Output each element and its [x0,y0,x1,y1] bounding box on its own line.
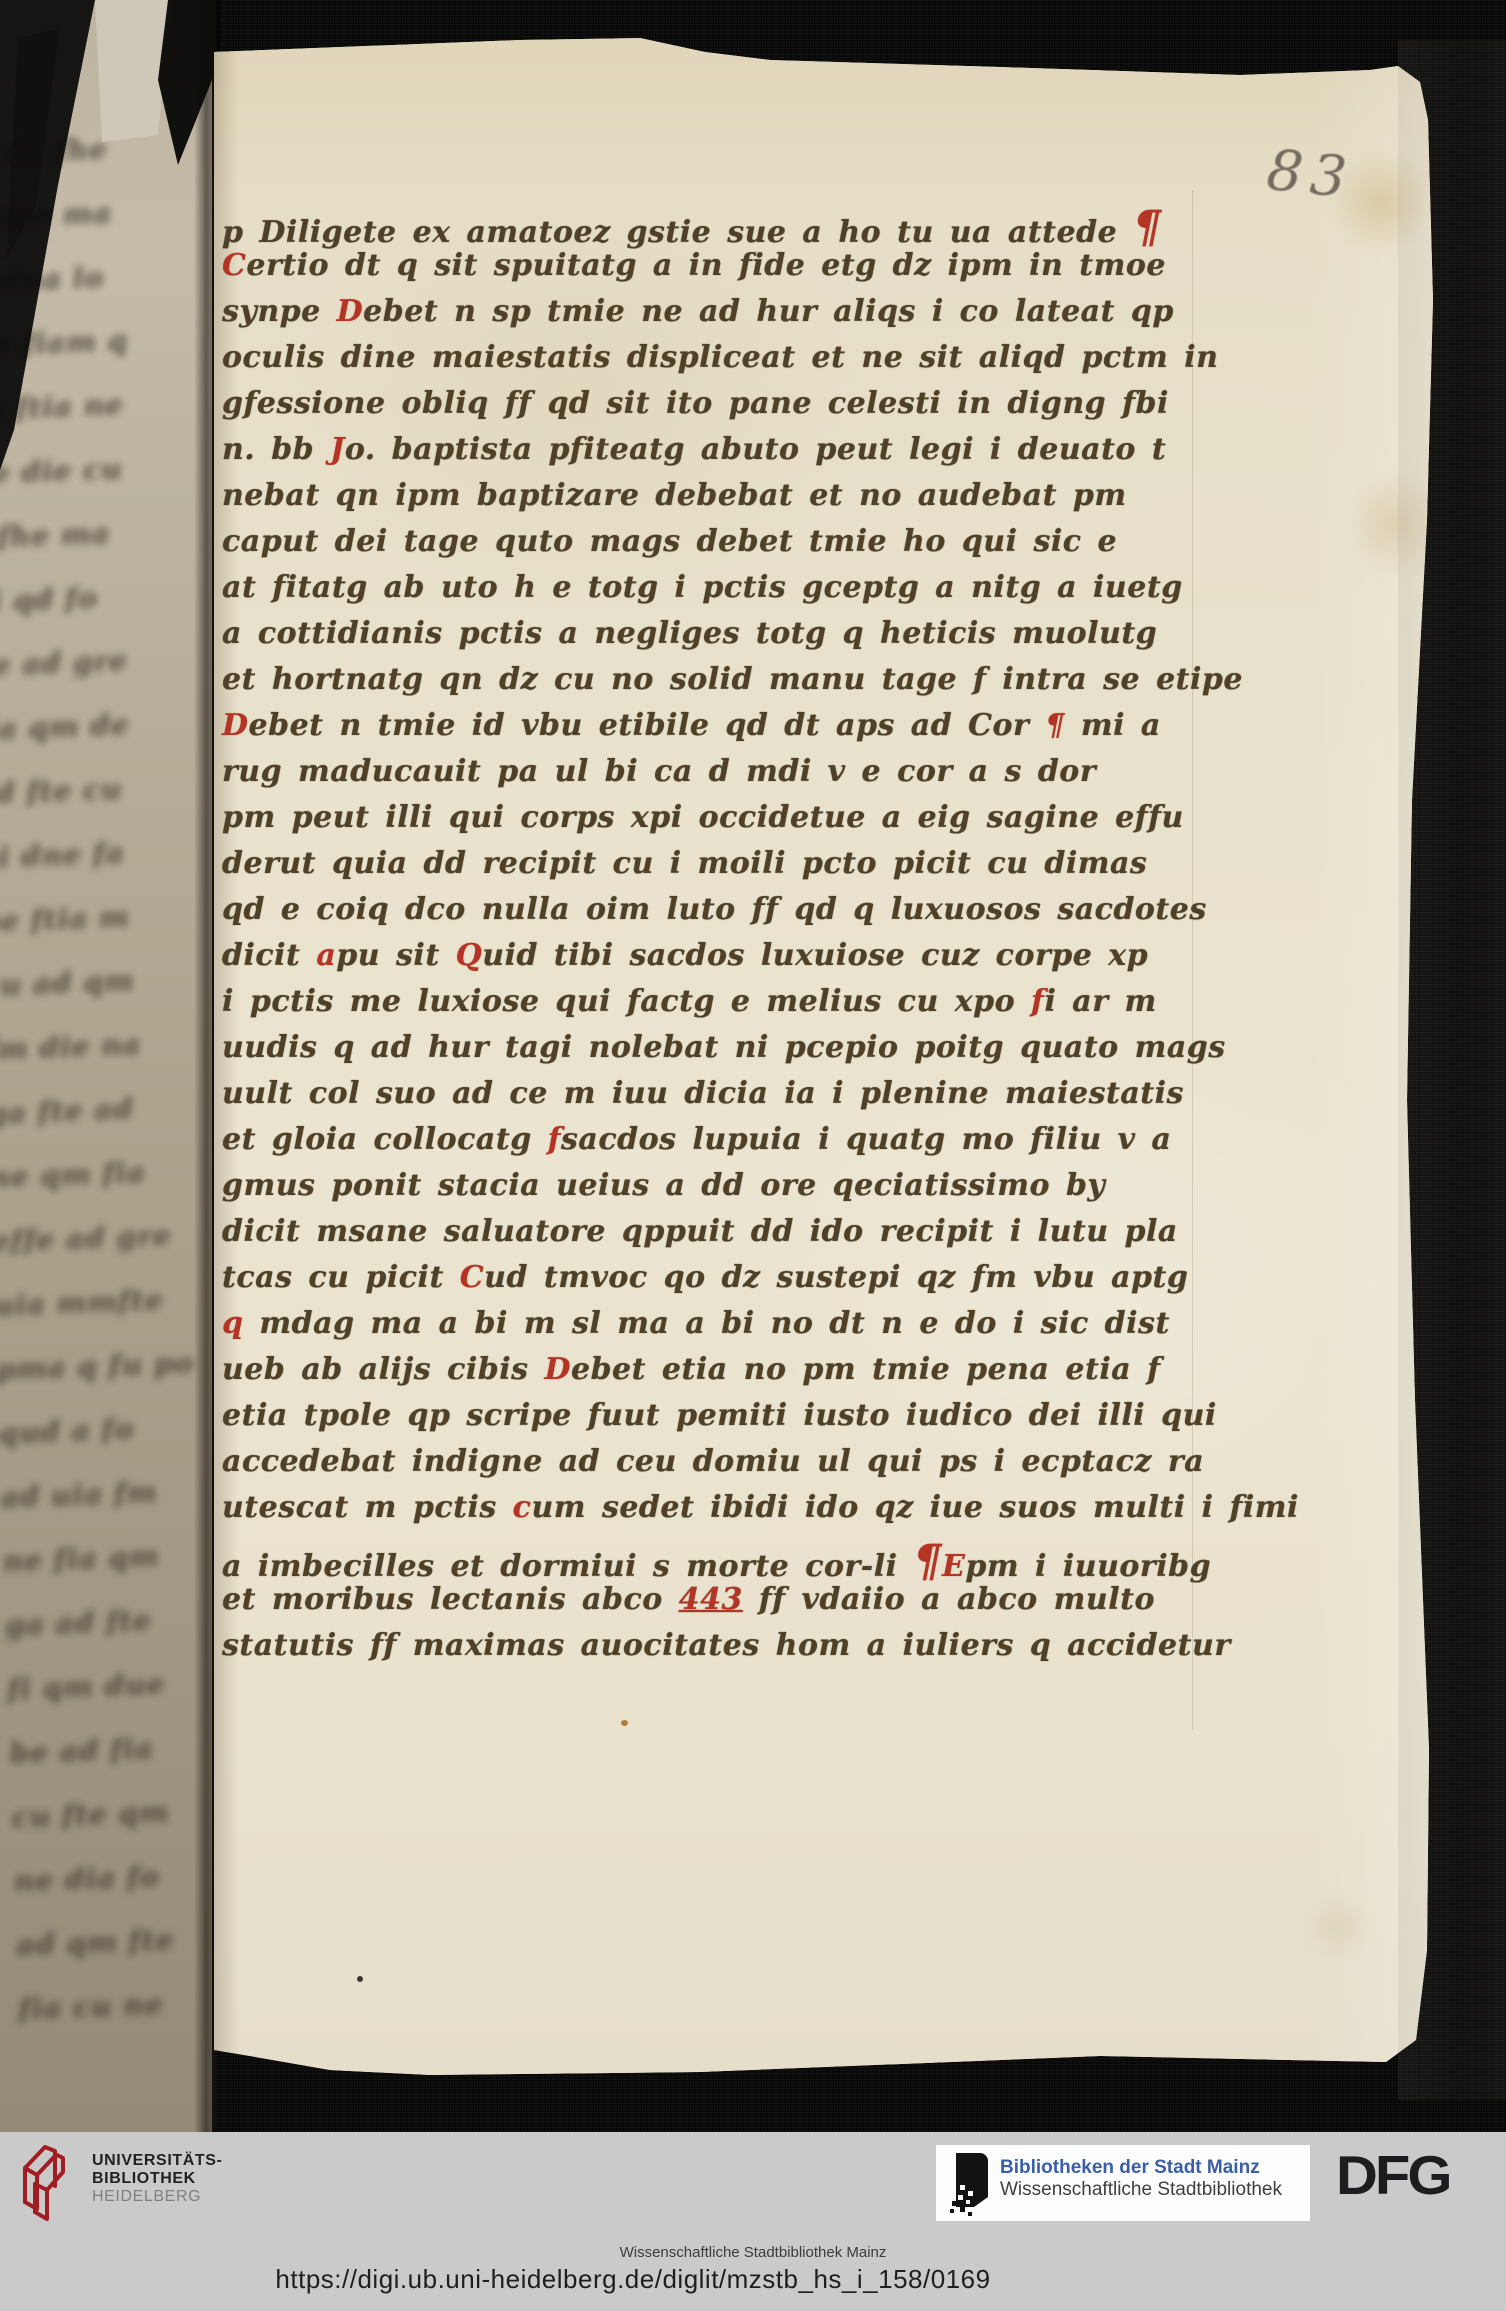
manuscript-text-line: tcas cu picit Cud tmvoc qo dz sustepi qz… [222,1260,1182,1306]
facing-page-text-line: cu ad qm [0,946,212,1019]
facing-page-text-line: effe ad gre [0,1202,212,1275]
dfg-logo: DFG [1336,2144,1449,2208]
heidelberg-library-logo-text: UNIVERSITÄTS- BIBLIOTHEK HEIDELBERG [92,2152,222,2206]
mainz-library-logo-card: Bibliotheken der Stadt Mainz Wissenschaf… [936,2145,1310,2221]
manuscript-text-line: et moribus lectanis abco 443 ff vdaiio a… [222,1582,1182,1628]
facing-page-text-line: qi dne fa [0,818,212,891]
manuscript-text-line: at fitatg ab uto h e totg i pctis gceptg… [222,570,1182,616]
manuscript-text-line: pm peut illi qui corps xpi occidetue a e… [222,800,1182,846]
facing-page-edge: ga ad fhefi bue mafa dna lopm fiam qqn f… [0,0,212,2132]
parchment-stain [1357,460,1435,588]
manuscript-text-line: dicit apu sit Quid tibi sacdos luxuiose … [222,938,1182,984]
folio-number: 83 [1264,138,1358,212]
wormhole-speck [357,1976,363,1982]
facing-page-text-line: a fhe ma [0,498,212,571]
heidelberg-logo-line1: UNIVERSITÄTS- [92,2152,222,2170]
manuscript-text-line: uudis q ad hur tagi nolebat ni pcepio po… [222,1030,1182,1076]
manuscript-text-block: p Diligete ex amatoez gstie sue a ho tu … [222,202,1182,1674]
facing-page-text-line: ga ad fte [4,1585,212,1658]
mainz-logo-text: Bibliotheken der Stadt Mainz Wissenschaf… [1000,2157,1282,2201]
mainz-book-icon [948,2151,994,2217]
manuscript-text-line: oculis dine maiestatis displiceat et ne … [222,340,1182,386]
mainz-logo-line2: Wissenschaftliche Stadtbibliothek [1000,2179,1282,2201]
manuscript-text-line: rug maducauit pa ul bi ca d mdi v e cor … [222,754,1182,800]
manuscript-text-line: n. bb Jo. baptista pfiteatg abuto peut l… [222,432,1182,478]
manuscript-page: 83 p Diligete ex amatoez gstie sue a ho … [205,30,1440,2080]
digitized-manuscript-scan: { "page": { "folio_number": "83", "manus… [0,0,1506,2311]
footer-source-url: https://digi.ub.uni-heidelberg.de/diglit… [0,2264,1386,2295]
facing-page-text-line: fia qm de [0,690,212,763]
facing-page-text-line: ad fte cu [0,754,212,827]
footer-bar: UNIVERSITÄTS- BIBLIOTHEK HEIDELBERG Bibl… [0,2132,1506,2311]
facing-page-text-line: cu fte qm [11,1777,212,1850]
manuscript-text-line: dicit msane saluatore qppuit dd ido reci… [222,1214,1182,1260]
facing-page-text-line: fm die na [0,1010,212,1083]
facing-page-text-line: fia cu ne [17,1969,212,2042]
footer-caption: Wissenschaftliche Stadtbibliothek Mainz [0,2244,1506,2261]
manuscript-text-line: et hortnatg qn dz cu no solid manu tage … [222,662,1182,708]
manuscript-text-line: accedebat indigne ad ceu domiu ul qui ps… [222,1444,1182,1490]
facing-page-text-line: uia mmfte [0,1266,212,1339]
mainz-logo-line1: Bibliotheken der Stadt Mainz [1000,2157,1282,2179]
manuscript-text-line: gfessione obliq ff qd sit ito pane celes… [222,386,1182,432]
manuscript-text-line: nebat qn ipm baptizare debebat et no aud… [222,478,1182,524]
facing-page-text-line: ne fia qm [2,1521,212,1594]
facing-page-text-line: ga fte ad [0,1074,212,1147]
binding-gutter-shadow [194,0,216,2132]
manuscript-text-line: caput dei tage quto mags debet tmie ho q… [222,524,1182,570]
facing-page-text-line: pma q fu po [0,1329,212,1402]
manuscript-text-line: i pctis me luxiose qui factg e melius cu… [222,984,1182,1030]
heidelberg-logo-line3: HEIDELBERG [92,2188,222,2206]
manuscript-text-line: Certio dt q sit spuitatg a in fide etg d… [222,248,1182,294]
manuscript-text-line: gmus ponit stacia ueius a dd ore qeciati… [222,1168,1182,1214]
manuscript-text-line: derut quia dd recipit cu i moili pcto pi… [222,846,1182,892]
facing-page-text-line: ui qd fo [0,562,212,635]
facing-page-text-line: ad uia fm [0,1457,212,1530]
facing-page-text-line: fi qm due [6,1649,212,1722]
facing-page-text-line: ne ad gre [0,626,212,699]
facing-page-text-line: ne qm fia [0,1138,212,1211]
manuscript-text-line: etia tpole qp scripe fuut pemiti iusto i… [222,1398,1182,1444]
facing-page-text-blurred: ga ad fhefi bue mafa dna lopm fiam qqn f… [0,114,212,2042]
manuscript-text-line: statutis ff maximas auocitates hom a iul… [222,1628,1182,1674]
facing-page-text-line: be ad fia [8,1713,212,1786]
heidelberg-logo-line2: BIBLIOTHEK [92,2170,222,2188]
manuscript-text-line: utescat m pctis cum sedet ibidi ido qz i… [222,1490,1182,1536]
facing-page-text-line: qn ftia ne [0,370,212,443]
facing-page-text-line: fte die cu [0,434,212,507]
facing-page-text-line: ne dia fo [13,1841,212,1914]
facing-page-text-line: qud a fo [0,1393,212,1466]
manuscript-text-line: uult col suo ad ce m iuu dicia ia i plen… [222,1076,1182,1122]
manuscript-text-line: Debet n tmie id vbu etibile qd dt aps ad… [222,708,1182,754]
manuscript-text-line: et gloia collocatg fsacdos lupuia i quat… [222,1122,1182,1168]
heidelberg-library-logo-icon [14,2140,80,2224]
manuscript-text-line: a imbecilles et dormiui s morte cor-li ¶… [222,1536,1182,1582]
manuscript-text-line: p Diligete ex amatoez gstie sue a ho tu … [222,202,1182,248]
parchment-stain [1303,1898,1373,1956]
facing-page-text-line: be ftia m [0,882,212,955]
manuscript-text-line: q mdag ma a bi m sl ma a bi no dt n e do… [222,1306,1182,1352]
facing-page-text-line: ad qm fte [15,1905,212,1978]
ink-speck [621,1720,628,1726]
manuscript-text-line: ueb ab alijs cibis Debet etia no pm tmie… [222,1352,1182,1398]
manuscript-text-line: qd e coiq dco nulla oim luto ff qd q lux… [222,892,1182,938]
manuscript-text-line: a cottidianis pctis a negliges totg q he… [222,616,1182,662]
manuscript-text-line: synpe Debet n sp tmie ne ad hur aliqs i … [222,294,1182,340]
